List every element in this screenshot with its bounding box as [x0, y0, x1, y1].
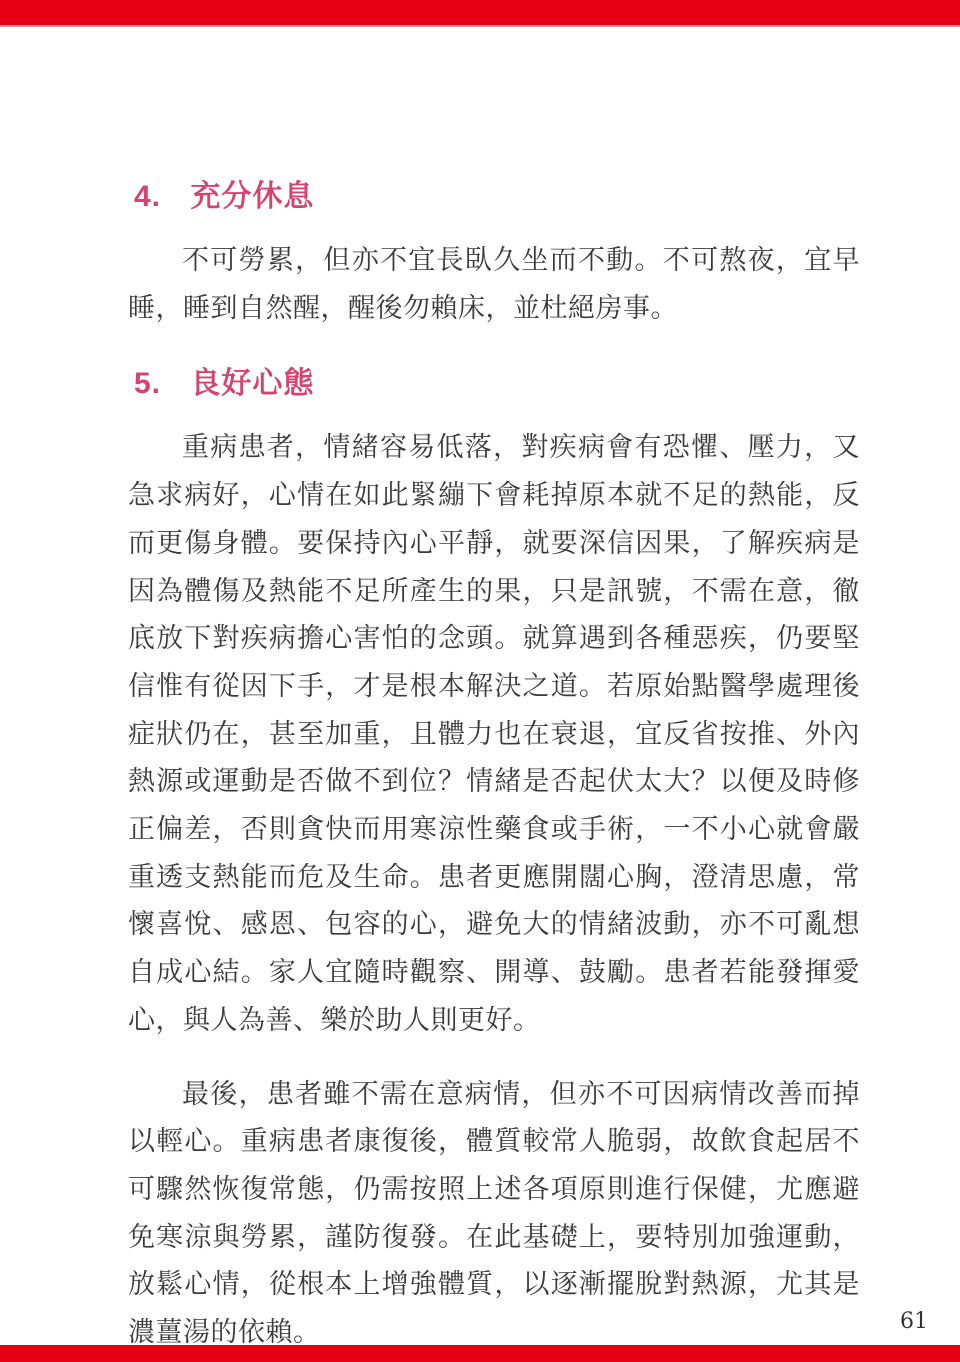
top-red-bar: [0, 0, 960, 27]
section-4-paragraph-1: 不可勞累，但亦不宜長臥久坐而不動。不可熬夜，宜早睡，睡到自然醒，醒後勿賴床，並杜…: [128, 237, 860, 332]
bottom-red-bar: [0, 1345, 960, 1362]
section-4-title: 充分休息: [190, 180, 314, 213]
section-5-paragraph-2: 最後，患者雖不需在意病情，但亦不可因病情改善而掉以輕心。重病患者康復後，體質較常…: [128, 1071, 860, 1357]
page-content: 4. 充分休息 不可勞累，但亦不宜長臥久坐而不動。不可熬夜，宜早睡，睡到自然醒，…: [0, 27, 960, 1357]
section-5-heading: 5. 良好心態: [134, 366, 860, 402]
section-5-number: 5.: [134, 367, 161, 400]
page-number: 61: [900, 1309, 928, 1334]
section-4-number: 4.: [134, 180, 161, 213]
section-5-paragraph-1: 重病患者，情緒容易低落，對疾病會有恐懼、壓力，又急求病好，心情在如此緊繃下會耗掉…: [128, 424, 860, 1044]
section-4-heading: 4. 充分休息: [134, 179, 860, 215]
document-page: 4. 充分休息 不可勞累，但亦不宜長臥久坐而不動。不可熬夜，宜早睡，睡到自然醒，…: [0, 0, 960, 1362]
section-5-title: 良好心態: [190, 367, 314, 400]
